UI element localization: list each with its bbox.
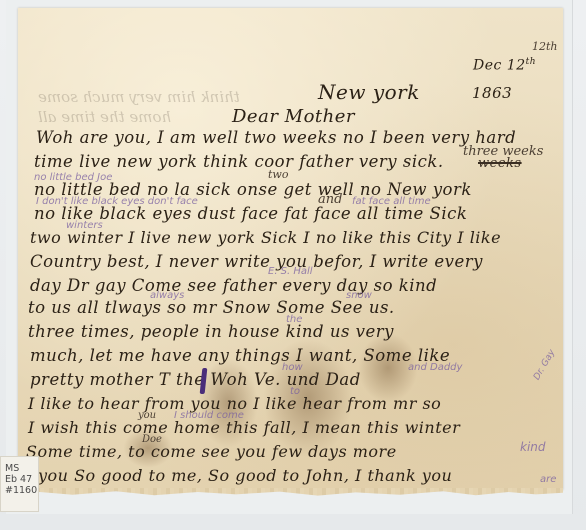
catalog-label-line-3: #1160 xyxy=(5,485,38,496)
letter-year: 1863 xyxy=(472,84,512,102)
salutation: Dear Mother xyxy=(232,106,355,127)
annotation-line15a: kind xyxy=(520,440,546,454)
letter-line-9: three times, people in house kind us ver… xyxy=(28,322,394,341)
annotation-line15b: are xyxy=(540,474,556,485)
letter-line-5: two winter I live new york Sick I no lik… xyxy=(30,228,501,247)
date-correction: 12th xyxy=(532,40,558,53)
bleed-through-text: home the time all xyxy=(38,108,171,126)
catalog-label-line-1: MS xyxy=(5,463,38,474)
letter-city: New york xyxy=(318,80,420,104)
letter-line-15: you So good to me, So good to John, I th… xyxy=(38,466,452,485)
letter-line-7: day Dr gay Come see father every day so … xyxy=(30,276,437,295)
letter-line-1: Woh are you, I am well two weeks no I be… xyxy=(36,128,516,147)
catalog-label-line-2: Eb 47 xyxy=(5,474,38,485)
crossed-out-word: weeks xyxy=(478,156,522,171)
letter-line-11: pretty mother T the Woh Ve. und Dad xyxy=(30,370,361,389)
letter-line-2: time live new york think coor father ver… xyxy=(34,152,444,171)
catalog-label: MS Eb 47 #1160 xyxy=(0,456,39,512)
annotation-line9: the xyxy=(286,314,302,325)
letter-line-10: much, let me have any things I want, Som… xyxy=(30,346,450,365)
annotation-line11c: and Daddy xyxy=(408,362,462,373)
letter-line-8: to us all tlways so mr Snow Some See us. xyxy=(28,298,395,317)
letter-line-6: Country best, I never write you befor, I… xyxy=(30,252,483,271)
bleed-through-text: think him very much some xyxy=(38,88,240,106)
date-month-day: Dec 12th xyxy=(473,57,536,74)
letter-line-14: Some time, to come see you few days more xyxy=(26,442,397,461)
letter-line-13: I wish this come home this fall, I mean … xyxy=(28,418,460,437)
